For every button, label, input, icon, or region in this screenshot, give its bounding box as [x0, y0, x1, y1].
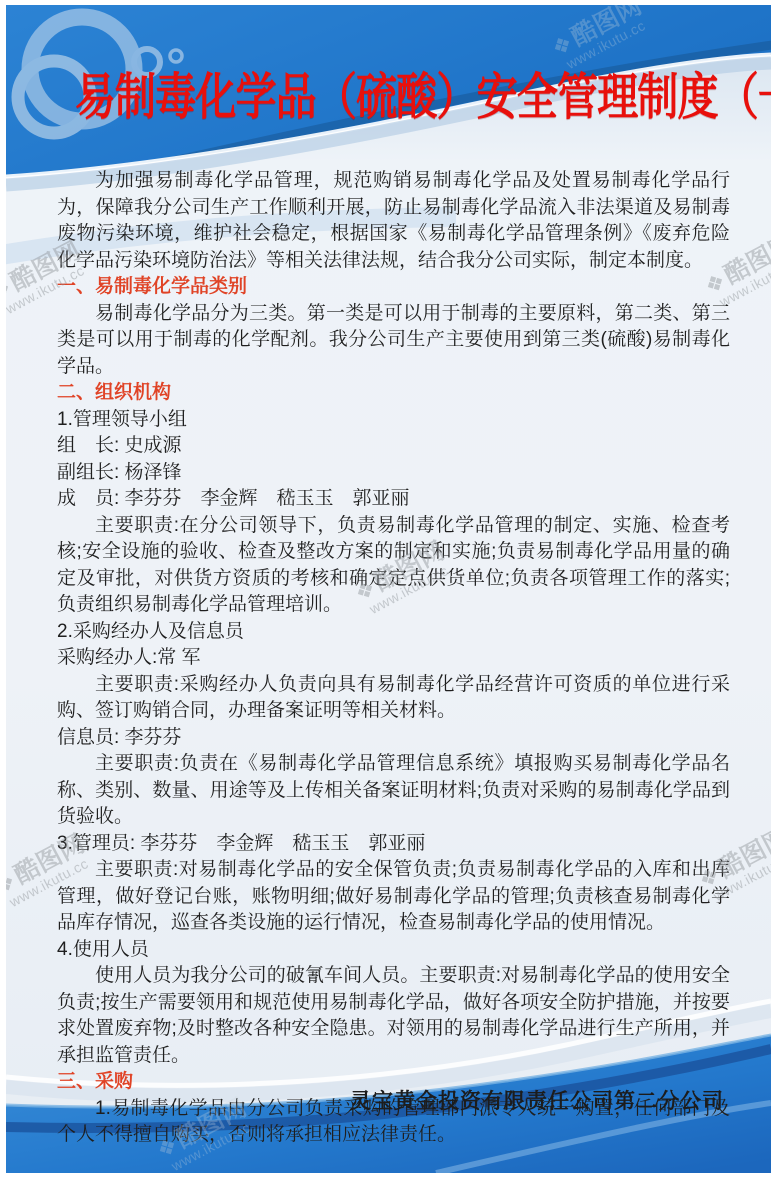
- paragraph: 易制毒化学品分为三类。第一类是可以用于制毒的主要原料，第二类、第三类是可以用于制…: [57, 301, 730, 381]
- paragraph: 使用人员为我分公司的破氰车间人员。主要职责:对易制毒化学品的使用安全负责;按生产…: [57, 963, 730, 1069]
- list-line: 副组长: 杨泽锋: [57, 460, 730, 487]
- list-line: 成 员: 李芬芬 李金辉 嵇玉玉 郭亚丽: [57, 486, 730, 513]
- list-line: 1.管理领导小组: [57, 407, 730, 434]
- list-line: 信息员: 李芬芬: [57, 725, 730, 752]
- list-line: 4.使用人员: [57, 937, 730, 964]
- list-line: 组 长: 史成源: [57, 433, 730, 460]
- poster-title: 易制毒化学品（硫酸）安全管理制度（一）: [75, 57, 702, 129]
- poster: 易制毒化学品（硫酸）安全管理制度（一） 为加强易制毒化学品管理，规范购销易制毒化…: [6, 5, 771, 1173]
- poster-frame: 易制毒化学品（硫酸）安全管理制度（一） 为加强易制毒化学品管理，规范购销易制毒化…: [0, 0, 777, 1179]
- list-line: 3.管理员: 李芬芬 李金辉 嵇玉玉 郭亚丽: [57, 831, 730, 858]
- paragraph: 主要职责:对易制毒化学品的安全保管负责;负责易制毒化学品的入库和出库管理，做好登…: [57, 857, 730, 937]
- paragraph: 主要职责:在分公司领导下，负责易制毒化学品管理的制定、实施、检查考核;安全设施的…: [57, 513, 730, 619]
- list-line: 采购经办人:常 军: [57, 645, 730, 672]
- section-heading: 一、易制毒化学品类别: [57, 274, 730, 301]
- paragraph: 主要职责:负责在《易制毒化学品管理信息系统》填报购买易制毒化学品名称、类别、数量…: [57, 751, 730, 831]
- document-body: 为加强易制毒化学品管理，规范购销易制毒化学品及处置易制毒化学品行为，保障我分公司…: [57, 168, 730, 1149]
- paragraph: 主要职责:采购经办人负责向具有易制毒化学品经营许可资质的单位进行采购、签订购销合…: [57, 672, 730, 725]
- watermark-logo-icon: ❖: [6, 869, 19, 899]
- list-line: 2.采购经办人及信息员: [57, 619, 730, 646]
- watermark-logo-icon: ❖: [6, 276, 15, 306]
- company-signature: 灵宝黄金投资有限责任公司第二分公司: [350, 1085, 724, 1115]
- section-heading: 二、组织机构: [57, 380, 730, 407]
- paragraph: 为加强易制毒化学品管理，规范购销易制毒化学品及处置易制毒化学品行为，保障我分公司…: [57, 168, 730, 274]
